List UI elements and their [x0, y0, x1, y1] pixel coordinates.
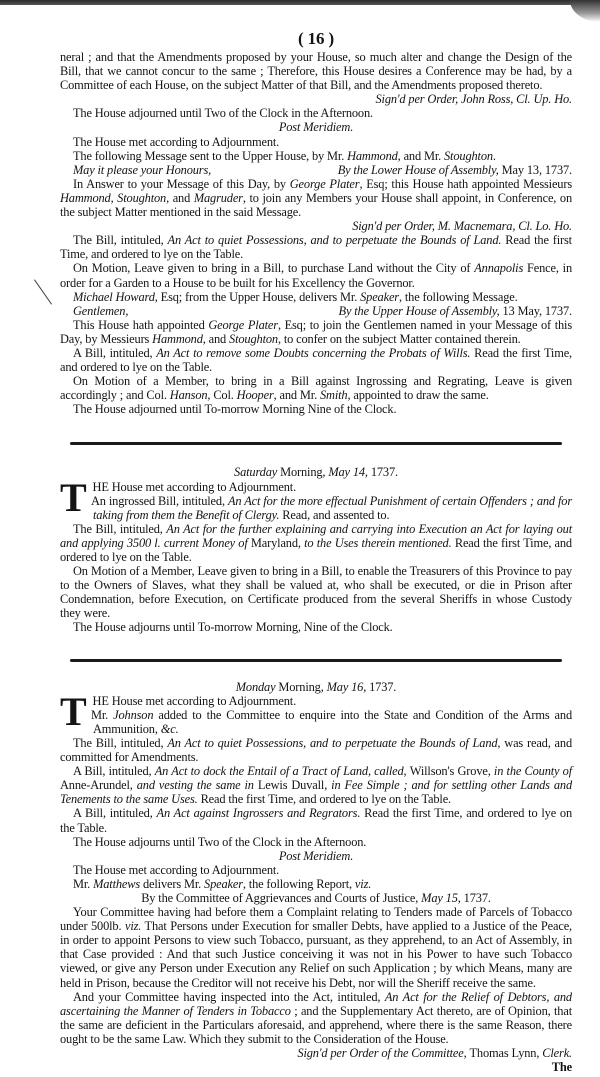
paragraph-motion-ingrossing: On Motion of a Member, to bring in a Bil…: [60, 374, 572, 402]
paragraph-bill-probats: A Bill, intituled, An Act to remove some…: [60, 346, 572, 374]
subheading-post-meridiem: Post Meridiem.: [60, 849, 572, 863]
paragraph-upper-appointment: This House hath appointed George Plater,…: [60, 318, 572, 346]
paragraph-upper-house-message: neral ; and that the Amendments proposed…: [60, 50, 572, 92]
document-page: ( 16 ) neral ; and that the Amendments p…: [60, 30, 572, 1074]
paragraph-report-opinion: And your Committee having inspected into…: [60, 990, 572, 1046]
signature-thomas-lynn: Sign'd per Order of the Committee, Thoma…: [60, 1046, 572, 1060]
paragraph-answer: In Answer to your Message of this Day, b…: [60, 177, 572, 219]
heading-monday: Monday Morning, May 16, 1737.: [60, 680, 572, 694]
paragraph-adjourn: The House adjourns until To-morrow Morni…: [60, 620, 572, 634]
paragraph-met: HE House met according to Adjournment.: [60, 694, 572, 708]
paragraph-met: The House met according to Adjournment.: [60, 135, 572, 149]
paragraph-report-complaint: Your Committee having had before them a …: [60, 905, 572, 990]
signature-john-ross: Sign'd per Order, John Ross, Cl. Up. Ho.: [60, 92, 572, 106]
paragraph-ingrossed-bill: An ingrossed Bill, intituled, An Act for…: [60, 494, 572, 522]
section-divider: [70, 659, 562, 662]
paragraph-bill-quiet-possessions: The Bill, intituled, An Act to quiet Pos…: [60, 736, 572, 764]
paragraph-bill-3500: The Bill, intituled, An Act for the furt…: [60, 522, 572, 564]
committee-heading: By the Committee of Aggrievances and Cou…: [60, 891, 572, 905]
gentlemen-line: Gentlemen,By the Upper House of Assembly…: [60, 304, 572, 318]
paragraph-adjourn: The House adjourns until Two of the Cloc…: [60, 835, 572, 849]
dropcap-paragraph: T HE House met according to Adjournment.…: [60, 694, 572, 736]
salutation-line: May it please your Honours,By the Lower …: [60, 163, 572, 177]
paragraph-howard: Michael Howard, Esq; from the Upper Hous…: [60, 290, 572, 304]
section-divider: [70, 442, 562, 445]
section-monday: Monday Morning, May 16, 1737. T HE House…: [60, 680, 572, 1075]
paragraph-met-afternoon: The House met according to Adjournment.: [60, 863, 572, 877]
heading-saturday: Saturday Morning, May 14, 1737.: [60, 465, 572, 479]
scan-top-edge: [0, 0, 600, 5]
paragraph-adjourn-tomorrow: The House adjourned until To-morrow Morn…: [60, 402, 572, 416]
catchword: The: [60, 1060, 572, 1074]
signature-macnemara: Sign'd per Order, M. Macnemara, Cl. Lo. …: [60, 219, 572, 233]
section-saturday: Saturday Morning, May 14, 1737. T HE Hou…: [60, 465, 572, 634]
paragraph-bill-willsons-grove: A Bill, intituled, An Act to dock the En…: [60, 764, 572, 806]
paragraph-adjourn: The House adjourned until Two of the Clo…: [60, 106, 572, 120]
section-friday-continued: neral ; and that the Amendments proposed…: [60, 50, 572, 416]
scan-corner-shadow: [570, 0, 600, 22]
paragraph-bill-quiet-possessions: The Bill, intituled, An Act to quiet Pos…: [60, 233, 572, 261]
paragraph-motion-garden: On Motion, Leave given to bring in a Bil…: [60, 261, 572, 289]
dropcap-paragraph: T HE House met according to Adjournment.…: [60, 480, 572, 522]
dropcap-letter: T: [60, 482, 87, 514]
page-number: ( 16 ): [60, 30, 572, 48]
paragraph-matthews: Mr. Matthews delivers Mr. Speaker, the f…: [60, 877, 572, 891]
paragraph-johnson: Mr. Johnson added to the Committee to en…: [60, 708, 572, 736]
paragraph-met: HE House met according to Adjournment.: [60, 480, 572, 494]
subheading-post-meridiem: Post Meridiem.: [60, 120, 572, 134]
dropcap-letter: T: [60, 696, 87, 728]
paragraph-motion-slaves: On Motion of a Member, Leave given to br…: [60, 564, 572, 620]
paragraph-bill-ingrossers: A Bill, intituled, An Act against Ingros…: [60, 806, 572, 834]
paragraph-message-sent: The following Message sent to the Upper …: [60, 149, 572, 163]
